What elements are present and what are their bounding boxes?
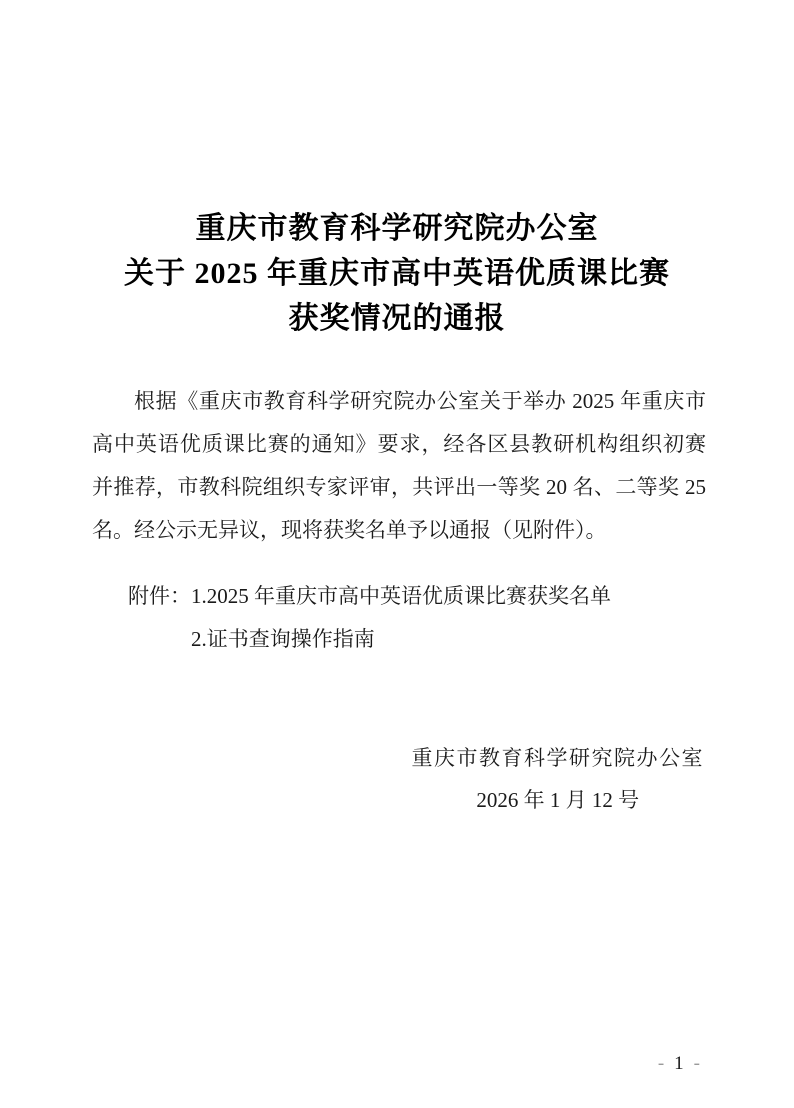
page-number-value: 1	[674, 1053, 684, 1074]
attachment-list: 1.2025 年重庆市高中英语优质课比赛获奖名单 2.证书查询操作指南	[191, 575, 611, 661]
title-line-1: 重庆市教育科学研究院办公室	[0, 206, 794, 251]
title-line-3: 获奖情况的通报	[0, 296, 794, 341]
signature-date: 2026 年 1 月 12 号	[412, 779, 705, 821]
signature-organization: 重庆市教育科学研究院办公室	[412, 737, 705, 779]
signature-block: 重庆市教育科学研究院办公室 2026 年 1 月 12 号	[412, 737, 705, 821]
attachment-item-2: 2.证书查询操作指南	[191, 618, 611, 661]
body-line-2: 高中英语优质课比赛的通知》要求，经各区县教研机构组织初赛	[92, 423, 706, 466]
page-number: -1-	[658, 1053, 700, 1075]
body-line-3: 并推荐，市教科院组织专家评审，共评出一等奖 20 名、二等奖 25	[92, 466, 706, 509]
attachment-section: 附件： 1.2025 年重庆市高中英语优质课比赛获奖名单 2.证书查询操作指南	[0, 575, 794, 661]
document-page: 重庆市教育科学研究院办公室 关于 2025 年重庆市高中英语优质课比赛 获奖情况…	[0, 0, 794, 1108]
title-line-2: 关于 2025 年重庆市高中英语优质课比赛	[0, 251, 794, 296]
page-number-dash-right: -	[694, 1053, 700, 1074]
page-number-dash-left: -	[658, 1053, 664, 1074]
body-paragraph: 根据《重庆市教育科学研究院办公室关于举办 2025 年重庆市 高中英语优质课比赛…	[0, 380, 794, 552]
attachment-item-1: 1.2025 年重庆市高中英语优质课比赛获奖名单	[191, 575, 611, 618]
document-title: 重庆市教育科学研究院办公室 关于 2025 年重庆市高中英语优质课比赛 获奖情况…	[0, 206, 794, 341]
body-line-1: 根据《重庆市教育科学研究院办公室关于举办 2025 年重庆市	[92, 380, 706, 423]
body-line-4: 名。经公示无异议，现将获奖名单予以通报（见附件）。	[92, 509, 706, 552]
attachment-label: 附件：	[128, 575, 191, 618]
